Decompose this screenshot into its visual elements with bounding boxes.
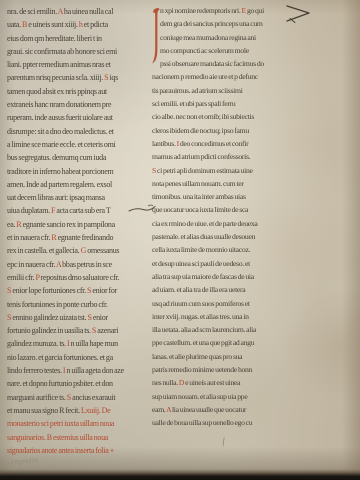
text-line: bus segregatus. demumq cum iuda — [7, 151, 161, 164]
text-line: nio lazaro. et garcia fortuniones. et ga — [7, 351, 161, 364]
ink-text: egnante fredinando — [56, 233, 113, 242]
ink-text: inter xviij. nugas. et alias tres. una i… — [152, 312, 249, 321]
text-line: eam. A lia uinea uualle que uocatur — [152, 403, 292, 416]
ink-text: nacionem p remedio aie ure et p defunc — [152, 72, 258, 81]
ink-text: emilii cfr. — [7, 273, 36, 282]
text-line: mamus ad atrium pdicti confessoris. — [152, 150, 292, 163]
text-line: tenis fortuniones in ponte curbo cfr. — [7, 298, 161, 311]
ink-text: et desup uinea sci pauli de uedeso. et — [152, 259, 250, 268]
ink-text: coniuge mea mumadona regina ani — [160, 33, 256, 42]
ink-text: ea. — [7, 220, 16, 229]
text-line: lanas. et alie plurime quas pro sua — [152, 350, 292, 363]
ink-text: mo compuncti ac scelerum mole — [160, 46, 249, 55]
ink-text: amen. Inde ad partem regalem. exsol — [7, 180, 112, 189]
text-line: nacionem p remedio aie ure et p defunc — [152, 70, 292, 83]
ink-text: enior lope fortuniones cfr. — [11, 286, 87, 295]
ink-text: ualle de boua uilla sup uenello ego cu — [152, 418, 252, 427]
text-line: cia ex rmino de uiue. et de parte deuexa — [152, 217, 292, 230]
ink-text: eam. — [152, 405, 166, 414]
text-line: eius dom qm hereditate. liberi t in — [7, 32, 161, 45]
ink-text: tis parauimus. ad atrium sciissimi — [152, 86, 243, 95]
text-line: marguani aurifice ts. S ancius exarauit — [7, 391, 161, 404]
drop-cap-initial-I-icon — [150, 7, 160, 65]
text-line: fortunio galindez in uasilia ts. S azena… — [7, 324, 161, 337]
text-line: graui. sic confirmata ab honore sci emi — [7, 45, 161, 58]
red-ink-text: monasterio sci petri iuxta uillam noua — [7, 419, 114, 428]
ink-text: n uilla ageta don aze — [65, 366, 124, 375]
text-line: emilii cfr. P repositus dmo saluatore cf… — [7, 271, 161, 284]
ink-text: nota penes uillam nouam. cum ter — [152, 179, 244, 188]
ink-text: nare. et dopno furtunio psbiter. et don — [7, 379, 113, 388]
ink-text: extraneis hanc nram donationem pre — [7, 100, 111, 109]
ink-text: liani. ppter remedium animas nras et — [7, 60, 111, 69]
ink-text: iqs — [108, 73, 118, 82]
ink-text: bus segregatus. demumq cum iuda — [7, 153, 106, 162]
left-text-column: nra. de sci emilin. A ha uinea nulla cal… — [7, 5, 161, 457]
ink-text: a limine sce marie eccle. et ceteris omi — [7, 140, 115, 149]
ink-text: parentum nrisq pecunia scla. xiiij. — [7, 73, 104, 82]
ink-text: traditore in inferno habeat porcionem — [7, 167, 113, 176]
text-line: usq ad riuum cum suos pomiferos et — [152, 297, 292, 310]
ink-text: lindo ferrero testes. — [7, 366, 63, 375]
text-line: timonibus. una ita inter ambas uias — [152, 190, 292, 203]
ink-text: ci petri apli dominum estimata uine — [156, 166, 253, 175]
ink-text: lia uinea uualle que uocatur — [171, 405, 246, 414]
text-line: et in nauera cfr. R egnante fredinando — [7, 231, 161, 244]
ink-text: ancius exarauit — [71, 393, 115, 402]
text-line: parentum nrisq pecunia scla. xiiij. S iq… — [7, 71, 161, 84]
text-line: cio albe. nec non et omib; ibi subiectis — [152, 110, 292, 123]
ink-text: et in nauera cfr. — [7, 233, 51, 242]
text-line: signadarios anote antea inserta folia + — [7, 444, 161, 457]
ink-text: uat decem libras auri: ipsaq mansa — [7, 193, 105, 202]
ink-text: epc in nauera cfr. — [7, 260, 56, 269]
red-ink-text: Lxuiij. De — [81, 406, 110, 415]
text-line: S enior lope fortuniones cfr. S enior fo… — [7, 284, 161, 297]
ink-text: usq ad riuum cum suos pomiferos et — [152, 299, 250, 308]
ink-text: nio lazaro. et garcia fortuniones. et ga — [7, 353, 113, 362]
text-line: extraneis hanc nram donationem pre — [7, 98, 161, 111]
text-line: ualle de boua uilla sup uenello ego cu — [152, 416, 292, 429]
text-line: n xpi nomine redemptoris nri. E go qui — [152, 4, 292, 17]
text-line: ad uiam. et alia tra de illa era uetera — [152, 283, 292, 296]
text-line: sanguinarios. B estemius uilla noua — [7, 431, 161, 444]
ink-text: lanas. et alie plurime quas pro sua — [152, 352, 242, 361]
ink-text: go qui — [246, 6, 264, 15]
ink-text: e uineis sunt xiiij. — [27, 20, 79, 29]
text-line: pssi obseruare mandata sic facimus do — [152, 57, 292, 70]
ink-text: nes nulla. — [152, 378, 179, 387]
text-line: S ennino galindez uizata tst. S enior — [7, 311, 161, 324]
ink-text: timonibus. una ita inter ambas uias — [152, 192, 246, 201]
text-line: a limine sce marie eccle. et ceteris omi — [7, 138, 161, 151]
ink-text: disrumpe: sit a dno deo maledictus. et — [7, 127, 114, 136]
text-line: coniuge mea mumadona regina ani — [152, 31, 292, 44]
ink-text: marguani aurifice ts. — [7, 393, 67, 402]
ink-text: cia ex rmino de uiue. et de parte deuexa — [152, 219, 258, 228]
ink-text: azenari — [96, 326, 118, 335]
text-line: mo compuncti ac scelerum mole — [152, 44, 292, 57]
text-line: rex in castella. et gallecia. G omessanu… — [7, 244, 161, 257]
ink-text: sup uiam nouam. et alia sup uia ppe — [152, 392, 247, 401]
text-line: amen. Inde ad partem regalem. exsol — [7, 178, 161, 191]
ink-text: tenis fortuniones in ponte curbo cfr. — [7, 300, 108, 309]
scribe-note: engrolio — [11, 457, 39, 465]
text-line: cleros ibidem die noctuq; ipso famu — [152, 124, 292, 137]
text-line: pastenale. et alias duas uualle desouen — [152, 230, 292, 243]
ink-text: sci emilii. et ubi pars spali ferru — [152, 99, 235, 108]
text-line: nota penes uillam nouam. cum ter — [152, 177, 292, 190]
right-text-column: n xpi nomine redemptoris nri. E go quide… — [152, 4, 292, 430]
page-bottom-edge — [0, 469, 360, 480]
ink-text: egnante sancio rex in pampilona — [21, 220, 114, 229]
ink-text: rex in castella. et gallecia. — [7, 246, 81, 255]
ink-text: repositus dmo saluatore cfr. — [39, 273, 119, 282]
ink-text: n uilla hape mun — [69, 339, 117, 348]
text-line: sup uiam nouam. et alia sup uia ppe — [152, 390, 292, 403]
ink-text: et pdicta — [83, 20, 108, 29]
ink-text: bbas petrus in sce — [61, 260, 112, 269]
text-line: uata. B e uineis sunt xiiij. h et pdicta — [7, 18, 161, 31]
text-line: et desup uinea sci pauli de uedeso. et — [152, 257, 292, 270]
ink-text: uiua duplatam. — [7, 206, 51, 215]
ink-text: pssi obseruare mandata sic facimus do — [160, 59, 264, 68]
text-line: illa uetata. alia ad scm laurencium. ali… — [152, 323, 292, 336]
ink-text: cleros ibidem die noctuq; ipso famu — [152, 126, 249, 135]
ink-text: ad uiam. et alia tra de illa era uetera — [152, 285, 245, 294]
ink-text: ruperam. inde ausus fuerit uiolare aut — [7, 113, 113, 122]
ink-text: alia tra sup uia maiore de fascas de uia — [152, 272, 254, 281]
text-line: disrumpe: sit a dno deo maledictus. et — [7, 125, 161, 138]
text-line: sci emilii. et ubi pars spali ferru — [152, 97, 292, 110]
ink-text: ha uinea nulla cal — [63, 7, 114, 16]
text-line: traditore in inferno habeat porcionem — [7, 165, 161, 178]
ink-text: cella iuxta limite de monnio uitacoz. — [152, 245, 250, 254]
text-line: ruperam. inde ausus fuerit uiolare aut — [7, 111, 161, 124]
text-line: nare. et dopno furtunio psbiter. et don — [7, 377, 161, 390]
insertion-mark-icon — [128, 203, 158, 215]
ink-text: dem gra dei sancius princeps una cum — [160, 19, 263, 28]
ink-text: patris remedio minime uetende honn — [152, 365, 252, 374]
ink-text: nra. de sci emilin. — [7, 7, 58, 16]
ink-text: galindez munuza. ts. — [7, 339, 67, 348]
text-line: epc in nauera cfr. A bbas petrus in sce — [7, 258, 161, 271]
text-line: inter xviij. nugas. et alias tres. una i… — [152, 310, 292, 323]
ink-text: enior for — [91, 286, 117, 295]
text-line: nes nulla. D e uineis aut est uinea — [152, 376, 292, 389]
ink-text: fortunio galindez in uasilia ts. — [7, 326, 92, 335]
red-ink-text: signadarios anote antea inserta folia + — [7, 446, 114, 455]
quire-mark-icon — [285, 4, 313, 24]
text-line: tamen quod absit ex nris ppinqs aut — [7, 85, 161, 98]
ink-text: illa uetata. alia ad scm laurencium. ali… — [152, 325, 256, 334]
text-line: lantibus. I deo concedimus et confir — [152, 137, 292, 150]
ink-text: enior — [92, 313, 108, 322]
text-line: monasterio sci petri iuxta uillam noua — [7, 417, 161, 430]
ink-text: cio albe. nec non et omib; ibi subiectis — [152, 112, 254, 121]
pen-trial-mark — [222, 437, 226, 447]
ink-text: uata. — [7, 20, 22, 29]
manuscript-page: nra. de sci emilin. A ha uinea nulla cal… — [0, 0, 360, 480]
ink-text: mamus ad atrium pdicti confessoris. — [152, 152, 250, 161]
ink-text: acta carta sub era T — [55, 206, 110, 215]
red-ink-text: sanguinarios. B estemius uilla noua — [7, 433, 108, 442]
ink-text: que uocatur uoca iuxta limite de sca — [152, 205, 248, 214]
ink-text: omessanus — [86, 246, 119, 255]
text-line: ppe castellum. et una que pgit ad angu — [152, 336, 292, 349]
text-line: ea. R egnante sancio rex in pampilona — [7, 218, 161, 231]
ink-text: pastenale. et alias duas uualle desouen — [152, 232, 255, 241]
text-line: et manu sua signo R fecit. Lxuiij. De — [7, 404, 161, 417]
text-line: tis parauimus. ad atrium sciissimi — [152, 84, 292, 97]
text-line: que uocatur uoca iuxta limite de sca — [152, 203, 292, 216]
ink-text: tamen quod absit ex nris ppinqs aut — [7, 87, 107, 96]
ink-text: graui. sic confirmata ab honore sci emi — [7, 47, 117, 56]
ink-text: lantibus. — [152, 139, 177, 148]
text-line: liani. ppter remedium animas nras et — [7, 58, 161, 71]
text-line: galindez munuza. ts. I n uilla hape mun — [7, 337, 161, 350]
ink-text: n xpi nomine redemptoris nri. — [160, 6, 242, 15]
ink-text: e uineis aut est uinea — [184, 378, 240, 387]
text-line: cella iuxta limite de monnio uitacoz. — [152, 243, 292, 256]
text-line: dem gra dei sancius princeps una cum — [152, 17, 292, 30]
text-line: S ci petri apli dominum estimata uine — [152, 164, 292, 177]
ink-text: eius dom qm hereditate. liberi t in — [7, 34, 102, 43]
text-line: nra. de sci emilin. A ha uinea nulla cal — [7, 5, 161, 18]
text-line: alia tra sup uia maiore de fascas de uia — [152, 270, 292, 283]
ink-text: ppe castellum. et una que pgit ad angu — [152, 338, 254, 347]
ink-text: deo concedimus et confir — [179, 139, 249, 148]
text-line: lindo ferrero testes. I n uilla ageta do… — [7, 364, 161, 377]
text-line: patris remedio minime uetende honn — [152, 363, 292, 376]
ink-text: et manu sua signo R fecit. — [7, 406, 81, 415]
ink-text: ennino galindez uizata tst. — [11, 313, 87, 322]
